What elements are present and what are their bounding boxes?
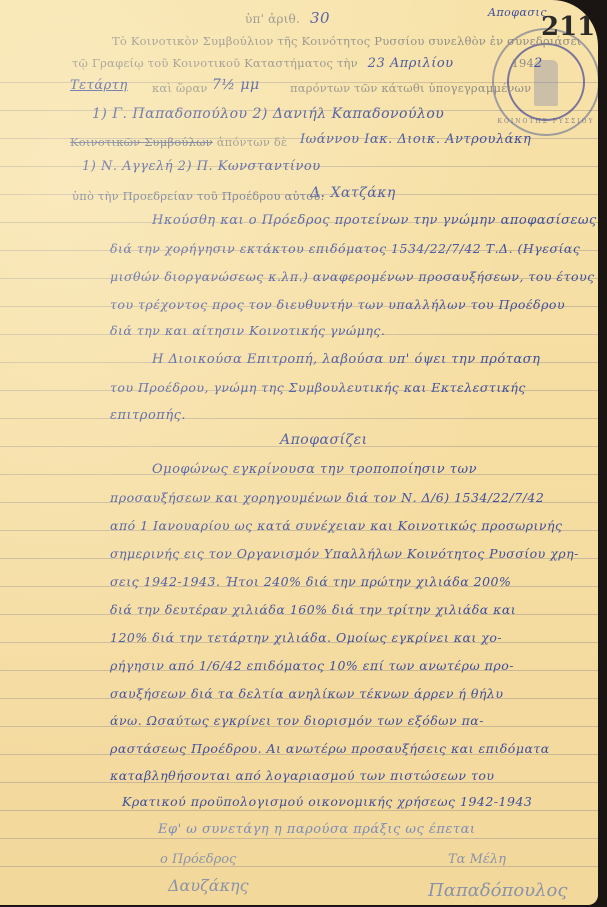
struck-label: Κοινοτικῶν Συμβούλων: [70, 135, 213, 149]
day-of-week: Τετάρτη: [70, 78, 128, 93]
session-number-label: ὑπ' ἀριθ. 30: [245, 9, 324, 27]
body-line: του Προέδρου, γνώμη της Συμβουλευτικής κ…: [110, 380, 526, 395]
body-line: καταβληθήσονται από λογαριασμού των πιστ…: [110, 768, 494, 783]
seal-ring-text: ΚΟΙΝΟΤΗΣ ΡΥΣΣΙΟΥ: [494, 118, 598, 125]
body-line: του τρέχοντος προς τον διευθυντήν των υπ…: [110, 297, 565, 312]
present-members-line-1: 1) Γ. Παπαδοπούλου 2) Δανιήλ Καπαδονούλο…: [92, 106, 444, 122]
absent-members: Ιωάννου Ιακ. Διοικ. Αντρουλάκη: [300, 132, 531, 147]
chair-name: Δ. Χατζάκη: [310, 185, 396, 201]
body-line: Ηκούσθη και ο Πρόεδρος προτείνων την γνώ…: [152, 213, 597, 228]
printed-preamble-line: Τὸ Κοινοτικὸν Συμβούλιον τῆς Κοινότητος …: [112, 34, 581, 48]
meeting-date: 23 Απριλίου: [368, 56, 454, 71]
chair-label: ὑπὸ τὴν Προεδρείαν τοῦ Προέδρου αὐτοῦ:: [72, 189, 325, 203]
meeting-time: 7½ μμ: [212, 77, 260, 93]
printed-office-line: τῷ Γραφείῳ τοῦ Κοινοτικοῦ Καταστήματος τ…: [72, 56, 483, 71]
body-line: διά την χορήγησιν εκτάκτου επιδόματος 15…: [110, 241, 580, 256]
ruled-line: [0, 418, 598, 419]
body-line: ρήγησιν από 1/6/42 επιδόματος 10% επί τω…: [110, 658, 514, 673]
closing-line: Εφ' ω συνετάγη η παρούσα πράξις ως έπετα…: [158, 822, 475, 837]
body-line: προσαυξήσεων και χορηγουμένων διά τον Ν.…: [110, 490, 544, 505]
president-title: ο Πρόεδρος: [160, 852, 236, 867]
body-line: σαυξήσεων διά τα δελτία ανηλίκων τέκνων …: [110, 686, 503, 701]
printed-present-label: παρόντων τῶν κάτωθι ὑπογεγραμμένων: [290, 81, 531, 95]
decision-heading: Αποφασίζει: [280, 432, 368, 448]
ruled-line: [0, 866, 598, 867]
absent-label: ἀπόντων δὲ: [217, 135, 288, 149]
members-title: Τα Μέλη: [448, 852, 506, 867]
president-signature: Δαυζάκης: [168, 876, 249, 895]
present-members-line-2: 1) Ν. Αγγελή 2) Π. Κωνσταντίνου: [82, 159, 321, 174]
body-line: 120% διά την τετάρτην χιλιάδα. Ομοίως εγ…: [110, 630, 502, 645]
member-signature: Παπαδόπουλος: [428, 880, 567, 901]
printed-absent-label: Κοινοτικῶν Συμβούλων ἀπόντων δὲ: [70, 135, 287, 149]
body-line: διά την και αίτησιν Κοινοτικής γνώμης.: [110, 323, 385, 338]
year-printed: 194: [511, 56, 534, 70]
printed-chair-label: ὑπὸ τὴν Προεδρείαν τοῦ Προέδρου αὐτοῦ:: [72, 189, 325, 203]
body-line: ραστάσεως Προέδρου. Αι ανωτέρω προσαυξήσ…: [110, 741, 550, 756]
session-number-prefix: ὑπ' ἀριθ.: [245, 12, 300, 26]
ruled-line: [0, 810, 598, 811]
session-number: 30: [310, 9, 330, 27]
ruled-line: [0, 838, 598, 839]
body-line: σεις 1942-1943. Ήτοι 240% διά την πρώτην…: [110, 574, 511, 589]
body-line: μισθών διοργανώσεως κ.λπ.) αναφερομένων …: [110, 269, 595, 284]
margin-note: Αποφασις: [488, 6, 547, 19]
body-line: επιτροπής.: [110, 408, 186, 423]
body-line: διά την δευτέραν χιλιάδα 160% διά την τρ…: [110, 602, 516, 617]
year-handwritten: 2: [534, 56, 543, 71]
body-line: Ομοφώνως εγκρίνουσα την τροποποίησιν των: [152, 462, 477, 477]
body-line: από 1 Ιανουαρίου ως κατά συνέχειαν και Κ…: [110, 518, 562, 533]
register-page: ΚΟΙΝΟΤΗΣ ΡΥΣΣΙΟΥ 211 Αποφασις ὑπ' ἀριθ. …: [0, 0, 598, 905]
body-line: άνω. Ωσαύτως εγκρίνει τον διορισμόν των …: [110, 713, 484, 728]
body-line: σημερινής εις τον Οργανισμόν Υπαλλήλων Κ…: [110, 546, 579, 561]
printed-office-prefix: τῷ Γραφείῳ τοῦ Κοινοτικοῦ Καταστήματος τ…: [72, 56, 358, 70]
printed-time-label: καὶ ὥραν: [152, 81, 208, 95]
body-line: Η Διοικούσα Επιτροπή, λαβούσα υπ' όψει τ…: [152, 352, 540, 367]
body-line: Κρατικού προϋπολογισμού οικονομικής χρήσ…: [122, 794, 532, 809]
